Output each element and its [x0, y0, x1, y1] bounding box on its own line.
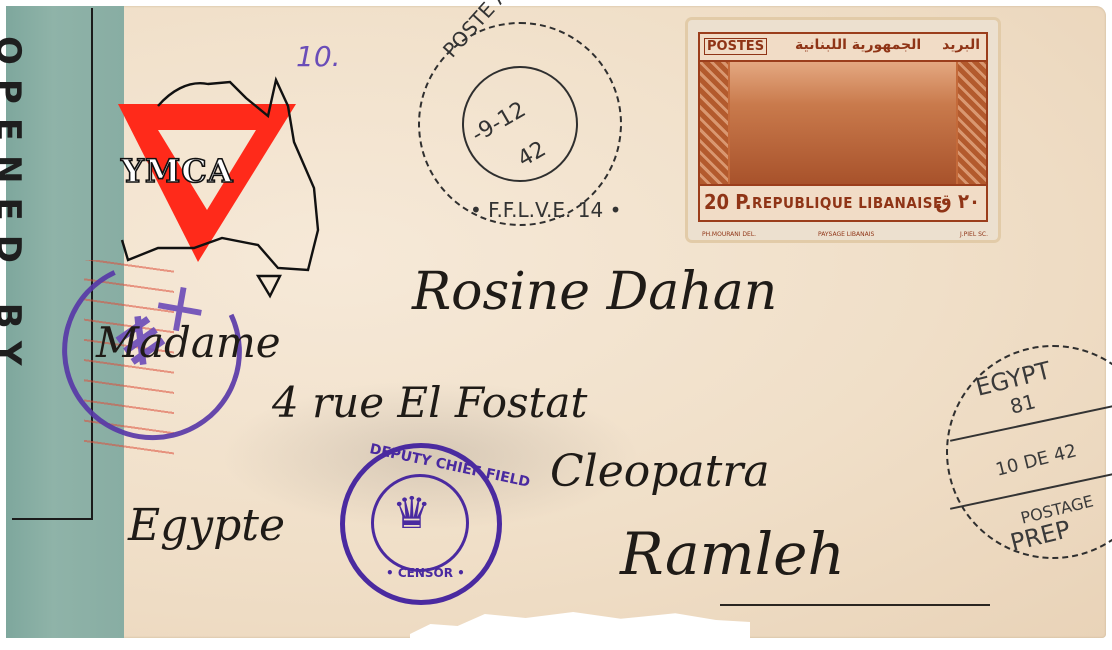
stamp-arabic-header-right: البريد	[942, 37, 980, 53]
address-street: 4 rue El Fostat	[272, 378, 587, 427]
postmark-bottom-text: • F.F.L.V.E. 14 •	[470, 198, 621, 222]
address-district: Cleopatra	[550, 446, 770, 497]
stamp-value: 20 P.	[704, 190, 752, 214]
stamp-landscape-image	[730, 62, 956, 184]
postage-stamp: POSTES الجمهورية اللبنانية البريد 20 P. …	[688, 20, 998, 240]
censor-tape-text: OPENED BY CENSOR	[4, 36, 28, 638]
crown-icon: ♛	[392, 488, 431, 539]
ymca-logo-text: YMCA	[121, 152, 234, 190]
address-salutation: Madame	[96, 318, 281, 367]
stamp-caption: PAYSAGE LIBANAIS	[818, 231, 874, 238]
stamp-value-arabic: ٢٠ ق	[936, 189, 980, 213]
tape-border-line-bottom	[12, 518, 93, 520]
censor-stamp-bottom: • CENSOR •	[386, 566, 465, 580]
stamp-ornament-right	[958, 62, 986, 184]
stamp-ornament-left	[700, 62, 728, 184]
address-country: Egypte	[128, 500, 285, 551]
city-underline	[720, 604, 990, 606]
stamp-country: REPUBLIQUE LIBANAISE	[752, 194, 943, 212]
stamp-imprint-right: J.PIEL SC.	[960, 231, 988, 238]
address-recipient-name: Rosine Dahan	[412, 262, 777, 322]
address-city: Ramleh	[620, 520, 845, 588]
stamp-arabic-header: الجمهورية اللبنانية	[795, 37, 921, 53]
stamp-postes-label: POSTES	[704, 38, 767, 55]
manuscript-number: 10.	[296, 40, 341, 73]
stamp-imprint-left: PH.MOURANI DEL.	[702, 231, 756, 238]
